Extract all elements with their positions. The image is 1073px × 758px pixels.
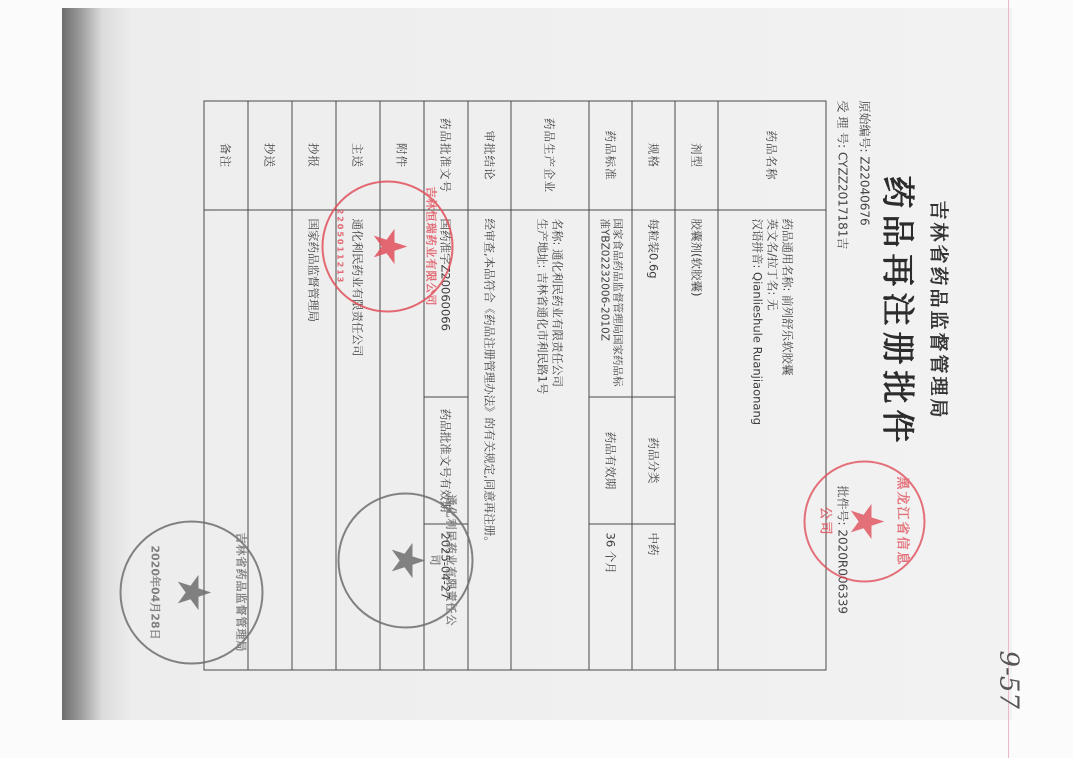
heilongjiang-stamp: ★ 黑龙江省信息 公司: [803, 460, 925, 582]
company-gray-stamp: ★ 通化利民药业有限责任公司: [337, 492, 473, 628]
row-conclusion: 审批结论 经审查,本品符合《药品注册管理办法》的有关规定,同意再注册。: [468, 101, 511, 670]
common-name: 药品通用名称: 前列舒乐软胶囊: [779, 218, 794, 661]
label-drug-name: 药品名称: [718, 101, 826, 210]
value-dosage-form: 胶囊剂(软胶囊): [675, 210, 718, 670]
label-conclusion: 审批结论: [468, 101, 511, 210]
document-title: 药品再注册批件: [876, 175, 923, 448]
manufacturer-name: 名称: 通化利民药业有限责任公司: [550, 218, 565, 661]
label-remarks: 备注: [204, 101, 248, 210]
label-standard: 药品标准: [589, 101, 632, 210]
star-icon: ★: [384, 539, 430, 580]
original-number: 原始编号: Z22040676: [856, 100, 873, 225]
label-report-to: 抄报: [292, 101, 336, 210]
value-category: 中药: [632, 524, 675, 670]
value-specification: 每粒装0.6g: [632, 210, 675, 397]
acceptance-number: 受 理 号: CYZZ2017181吉: [834, 100, 851, 249]
row-report-to: 抄报 国家药品监督管理局: [292, 101, 336, 670]
value-standard: 国家食品药品监督管理局国家药品标准YBZ02232006-2010Z: [589, 210, 632, 397]
label-category: 药品分类: [632, 397, 675, 524]
row-specification: 规格 每粒装0.6g 药品分类 中药: [632, 101, 675, 670]
approval-table: 药品名称 药品通用名称: 前列舒乐软胶囊 英文名/拉丁名: 无 汉语拼音: Qi…: [203, 100, 826, 670]
company-red-stamp: ★ 吉林恒瑞药业有限公司 2205011213: [321, 180, 453, 312]
label-dosage-form: 剂型: [675, 101, 718, 210]
manufacturer-address: 生产地址: 吉林省通化市利民路1号: [535, 218, 550, 661]
row-dosage-form: 剂型 胶囊剂(软胶囊): [675, 101, 718, 670]
label-copy-to: 抄送: [248, 101, 292, 210]
label-manufacturer: 药品生产企业: [511, 101, 589, 210]
fda-jilin-stamp: ★ 吉林省药品监督管理局 2020年04月28日: [119, 520, 263, 664]
handwritten-note: 9-57: [993, 650, 1023, 708]
label-validity: 药品有效期: [589, 397, 632, 524]
pinyin-name: 汉语拼音: Qianlieshule Ruanjiaonang: [749, 218, 764, 661]
issuer-name: 吉林省药品监督管理局: [926, 200, 953, 420]
value-drug-name: 药品通用名称: 前列舒乐软胶囊 英文名/拉丁名: 无 汉语拼音: Qianlie…: [718, 210, 826, 670]
approval-document: 吉林省药品监督管理局 药品再注册批件 原始编号: Z22040676 受 理 号…: [0, 0, 1073, 758]
english-latin-name: 英文名/拉丁名: 无: [764, 218, 779, 661]
value-validity: 36 个月: [589, 524, 632, 670]
row-drug-name: 药品名称 药品通用名称: 前列舒乐软胶囊 英文名/拉丁名: 无 汉语拼音: Qi…: [718, 101, 826, 670]
star-icon: ★: [843, 500, 889, 541]
value-conclusion: 经审查,本品符合《药品注册管理办法》的有关规定,同意再注册。: [468, 210, 511, 670]
row-manufacturer: 药品生产企业 名称: 通化利民药业有限责任公司 生产地址: 吉林省通化市利民路1…: [511, 101, 589, 670]
star-icon: ★: [170, 571, 216, 612]
label-specification: 规格: [632, 101, 675, 210]
row-standard: 药品标准 国家食品药品监督管理局国家药品标准YBZ02232006-2010Z …: [589, 101, 632, 670]
star-icon: ★: [366, 225, 412, 266]
value-manufacturer: 名称: 通化利民药业有限责任公司 生产地址: 吉林省通化市利民路1号: [511, 210, 589, 670]
